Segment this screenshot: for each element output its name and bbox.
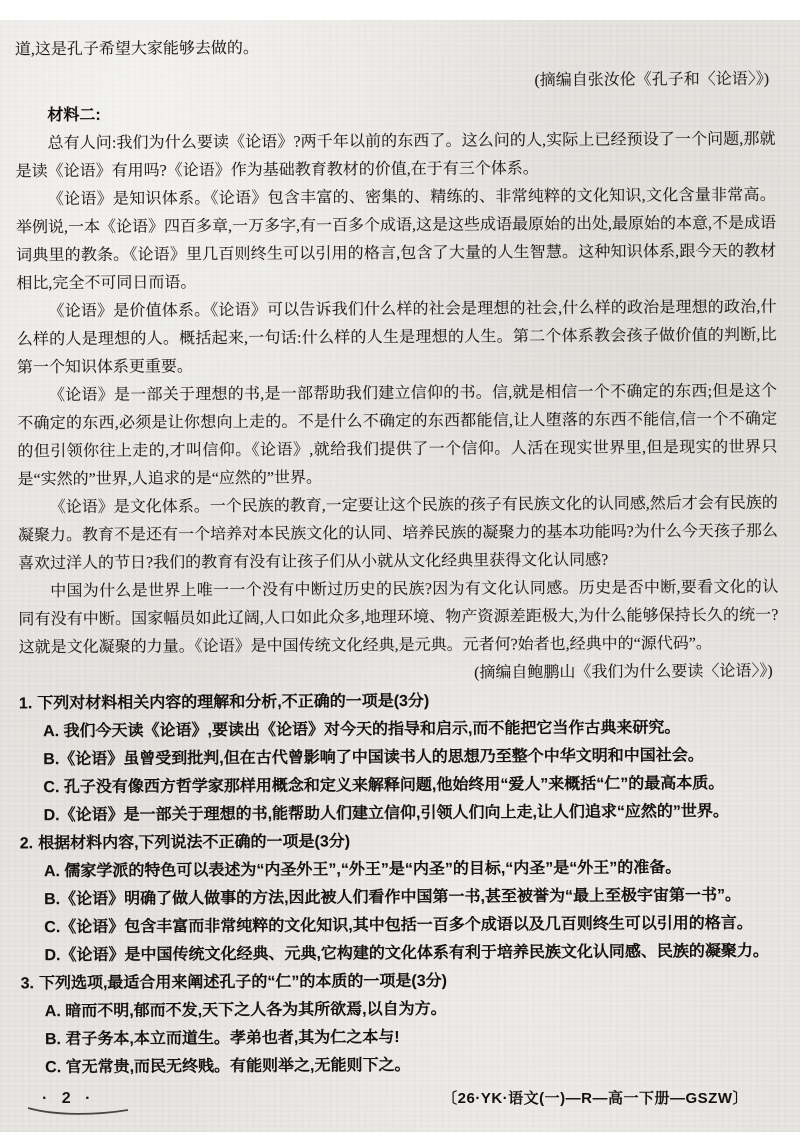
question-2-stem-text: 根据材料内容,下列说法不正确的一项是(3分) [38, 833, 350, 852]
material2-paragraph-3: 《论语》是价值体系。《论语》可以告诉我们什么样的社会是理想的社会,什么样的政治是… [16, 294, 776, 383]
scanned-exam-page: 道,这是孔子希望大家能够去做的。 (摘编自张汝伦《孔子和〈论语〉》) 材料二: … [0, 0, 800, 1132]
question-2: 2.根据材料内容,下列说法不正确的一项是(3分) A. 儒家学派的特色可以表述为… [20, 826, 781, 971]
question-2-option-d: D.《论语》是中国传统文化经典、元典,它构建的文化体系有利于培养民族文化认同感、… [20, 938, 780, 971]
material2-paragraph-6: 中国为什么是世界上唯一一个没有中断过历史的民族?因为有文化认同感。历史是否中断,… [18, 574, 778, 663]
intro-continuation-line: 道,这是孔子希望大家能够去做的。 [15, 32, 775, 65]
question-1-stem-text: 下列对材料相关内容的理解和分析,不正确的一项是(3分) [37, 693, 429, 712]
material2-paragraph-1: 总有人问:我们为什么要读《论语》?两千年以前的东西了。这么问的人,实际上已经预设… [15, 126, 775, 187]
question-1-option-d: D.《论语》是一部关于理想的书,能帮助人们建立信仰,引领人们向上走,让人们追求“… [19, 798, 779, 831]
material2-paragraph-2: 《论语》是知识体系。《论语》包含丰富的、密集的、精练的、非常纯粹的文化知识,文化… [16, 182, 777, 299]
page-number: · 2 · [42, 1090, 95, 1108]
question-3-stem-text: 下列选项,最适合用来阐述孔子的“仁”的本质的一项是(3分) [39, 973, 447, 992]
page-number-underline-mark [26, 1104, 130, 1118]
page-content: 道,这是孔子希望大家能够去做的。 (摘编自张汝伦《孔子和〈论语〉》) 材料二: … [15, 32, 781, 1083]
question-3-option-c: C. 官无常贵,而民无终贱。有能则举之,无能则下之。 [21, 1050, 781, 1083]
page-footer: · 2 · 〔26·YK·语文(一)—R—高一下册—GSZW〕 [0, 1087, 800, 1108]
question-1-number: 1. [19, 695, 32, 712]
material2-paragraph-4: 《论语》是一部关于理想的书,是一部帮助我们建立信仰的书。信,就是相信一个不确定的… [17, 378, 778, 495]
question-3-number: 3. [21, 975, 34, 992]
question-1: 1.下列对材料相关内容的理解和分析,不正确的一项是(3分) A. 我们今天读《论… [19, 686, 780, 831]
material1-attribution: (摘编自张汝伦《孔子和〈论语〉》) [15, 66, 775, 99]
paper-code: 〔26·YK·语文(一)—R—高一下册—GSZW〕 [442, 1087, 748, 1108]
question-3: 3.下列选项,最适合用来阐述孔子的“仁”的本质的一项是(3分) A. 暗而不明,… [21, 966, 782, 1083]
scan-area: 道,这是孔子希望大家能够去做的。 (摘编自张汝伦《孔子和〈论语〉》) 材料二: … [0, 20, 800, 1132]
material2-paragraph-5: 《论语》是文化体系。一个民族的教育,一定要让这个民族的孩子有民族文化的认同感,然… [18, 490, 778, 579]
question-2-number: 2. [20, 835, 33, 852]
material2-attribution: (摘编自鲍鹏山《我们为什么要读〈论语〉》) [19, 658, 779, 691]
